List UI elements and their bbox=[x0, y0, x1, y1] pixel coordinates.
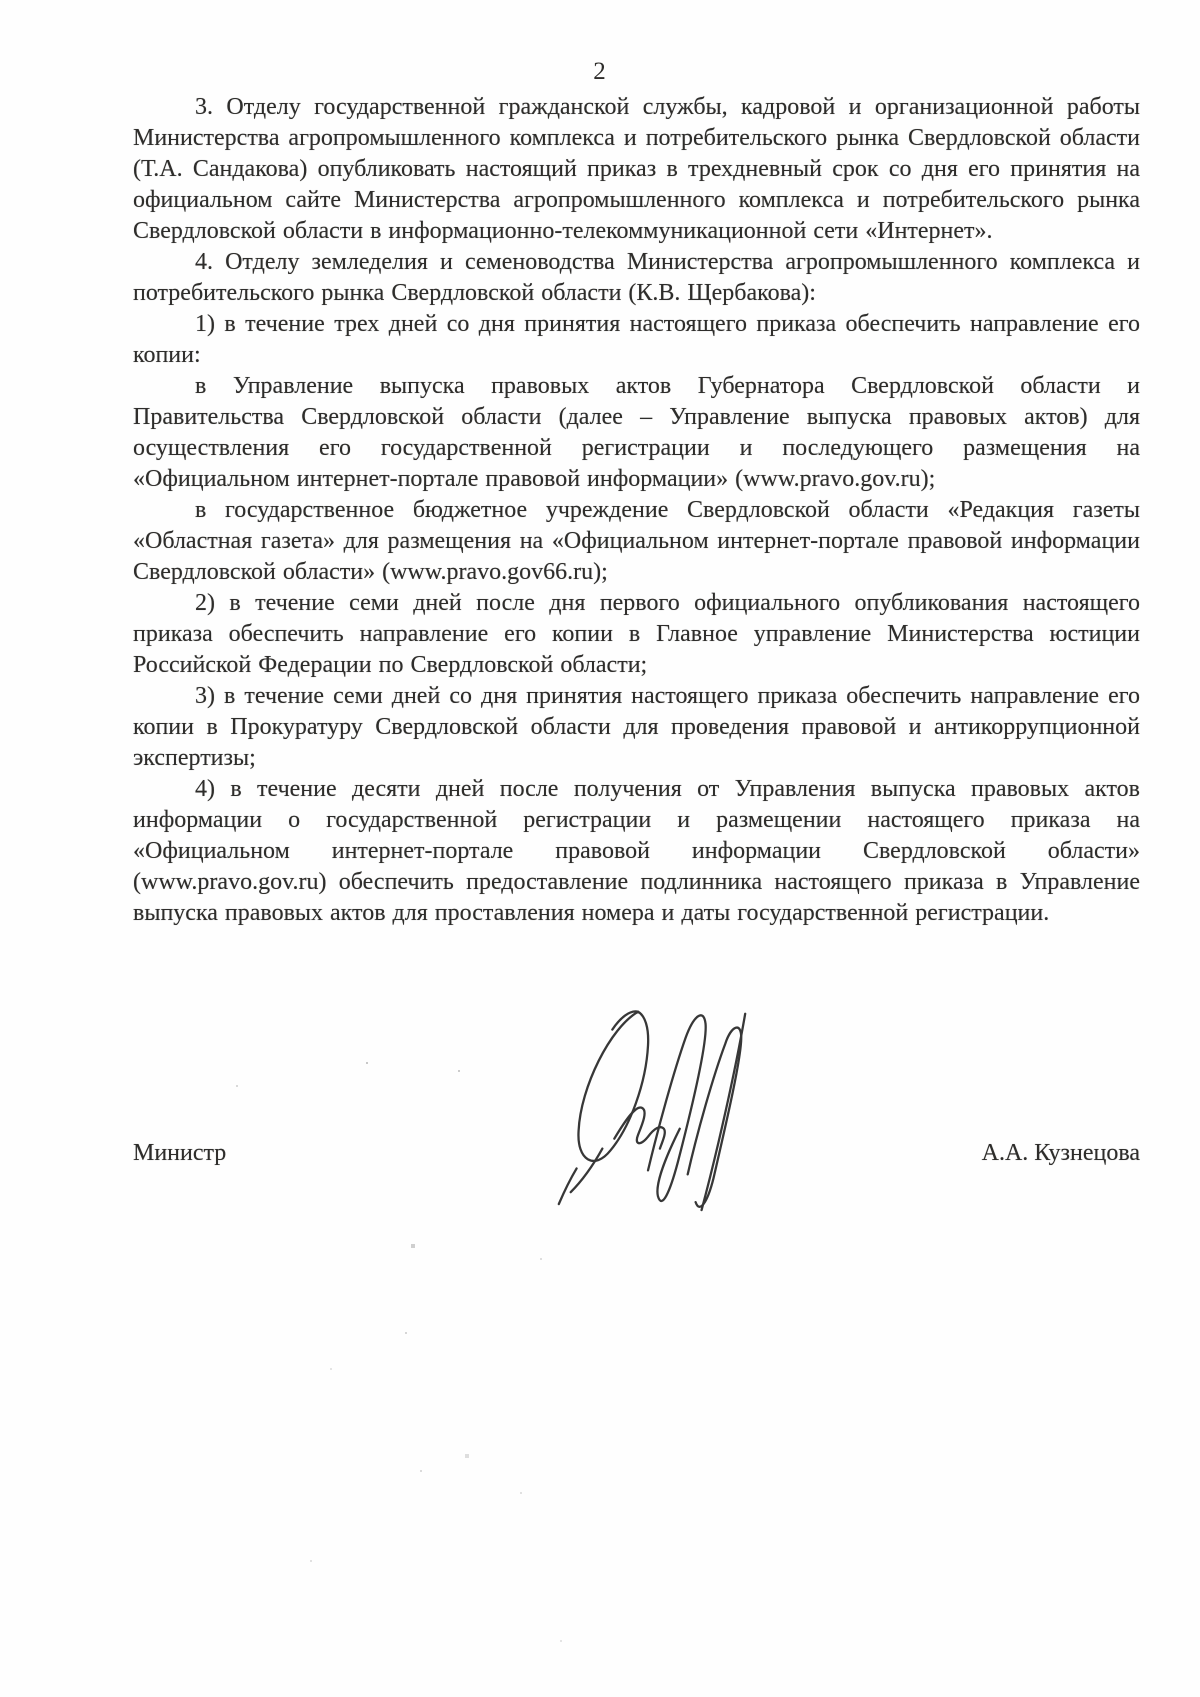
paragraph: 4) в течение десяти дней после получения… bbox=[133, 774, 1140, 929]
paragraph: 2) в течение семи дней после дня первого… bbox=[133, 588, 1140, 681]
paragraph: 3. Отделу государственной гражданской сл… bbox=[133, 92, 1140, 247]
paragraph: в государственное бюджетное учреждение С… bbox=[133, 495, 1140, 588]
scanned-document-page: 2 3. Отделу государственной гражданской … bbox=[0, 0, 1200, 1697]
paragraph: 4. Отделу земледелия и семеноводства Мин… bbox=[133, 247, 1140, 309]
page-number: 2 bbox=[0, 58, 1200, 86]
scan-noise bbox=[0, 0, 2, 2]
paragraph: 1) в течение трех дней со дня принятия н… bbox=[133, 309, 1140, 371]
handwritten-signature-icon bbox=[550, 980, 750, 1218]
paragraph: 3) в течение семи дней со дня принятия н… bbox=[133, 681, 1140, 774]
document-body: 3. Отделу государственной гражданской сл… bbox=[133, 92, 1140, 929]
signer-title: Министр bbox=[133, 1140, 226, 1167]
signoff-row: Министр А.А. Кузнецова bbox=[133, 1140, 1140, 1167]
signer-name: А.А. Кузнецова bbox=[982, 1140, 1140, 1167]
paragraph: в Управление выпуска правовых актов Губе… bbox=[133, 371, 1140, 495]
